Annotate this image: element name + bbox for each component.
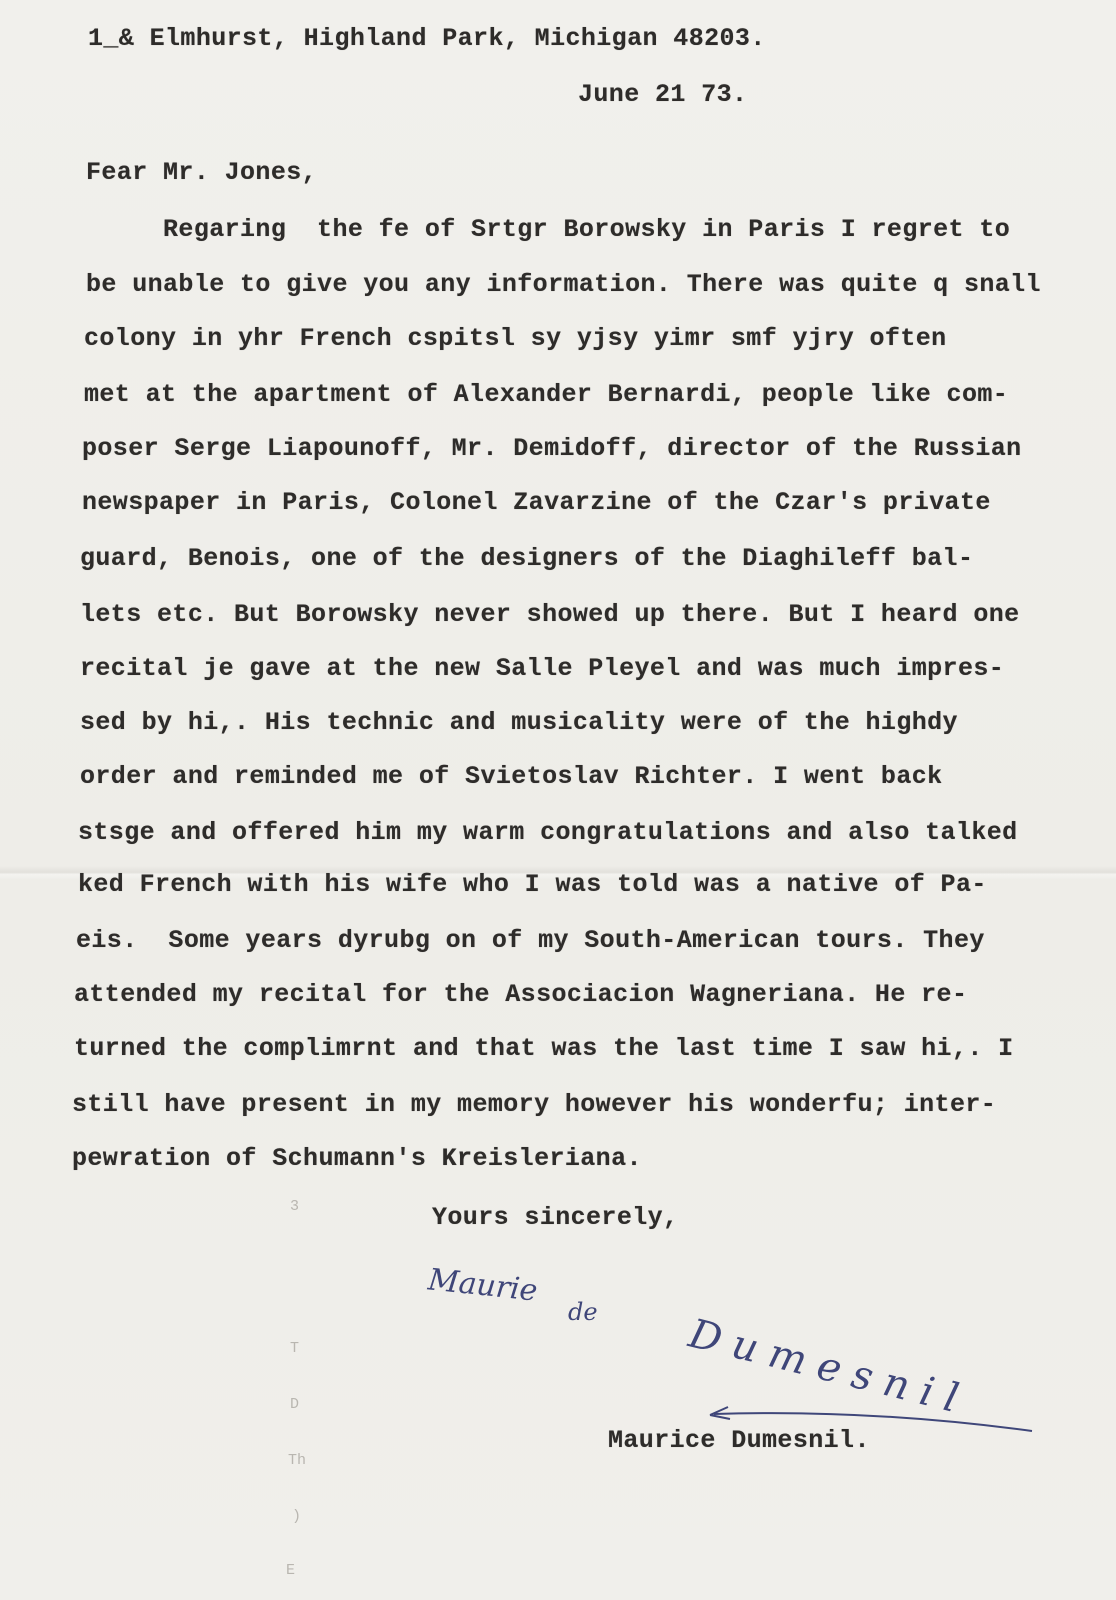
body-line: pewration of Schumann's Kreisleriana. <box>72 1144 642 1173</box>
body-line: lets etc. But Borowsky never showed up t… <box>80 600 1020 629</box>
bleed-mark: ) <box>292 1508 301 1525</box>
bleed-mark: D <box>290 1396 299 1413</box>
body-line: still have present in my memory however … <box>72 1090 996 1119</box>
body-line: be unable to give you any information. T… <box>86 270 1041 299</box>
typed-signer-name: Maurice Dumesnil. <box>608 1426 870 1455</box>
letter-date: June 21 73. <box>578 80 747 109</box>
body-line: Regaring the fe of Srtgr Borowsky in Par… <box>86 215 1010 244</box>
body-line: sed by hi,. His technic and musicality w… <box>80 708 958 737</box>
body-line: ked French with his wife who I was told … <box>78 870 987 899</box>
bleed-mark: T <box>290 1340 299 1357</box>
closing: Yours sincerely, <box>432 1203 678 1232</box>
body-line: met at the apartment of Alexander Bernar… <box>84 380 1008 409</box>
body-line: turned the complimrnt and that was the l… <box>74 1034 1014 1063</box>
sender-address: 1_& Elmhurst, Highland Park, Michigan 48… <box>88 24 766 53</box>
body-line: poser Serge Liapounoff, Mr. Demidoff, di… <box>82 434 1022 463</box>
body-line: colony in yhr French cspitsl sy yjsy yim… <box>84 324 947 353</box>
body-line: guard, Benois, one of the designers of t… <box>80 544 973 573</box>
body-line: eis. Some years dyrubg on of my South-Am… <box>76 926 985 955</box>
body-line: stsge and offered him my warm congratula… <box>78 818 1018 847</box>
salutation: Fear Mr. Jones, <box>86 158 317 187</box>
body-line: attended my recital for the Associacion … <box>74 980 967 1009</box>
body-line: newspaper in Paris, Colonel Zavarzine of… <box>82 488 991 517</box>
bleed-mark: 3 <box>290 1198 299 1215</box>
body-line: order and reminded me of Svietoslav Rich… <box>80 762 943 791</box>
body-line: recital je gave at the new Salle Pleyel … <box>80 654 1004 683</box>
signature-particle: de <box>568 1298 598 1326</box>
bleed-mark: E <box>286 1562 295 1579</box>
bleed-mark: Th <box>288 1452 306 1469</box>
